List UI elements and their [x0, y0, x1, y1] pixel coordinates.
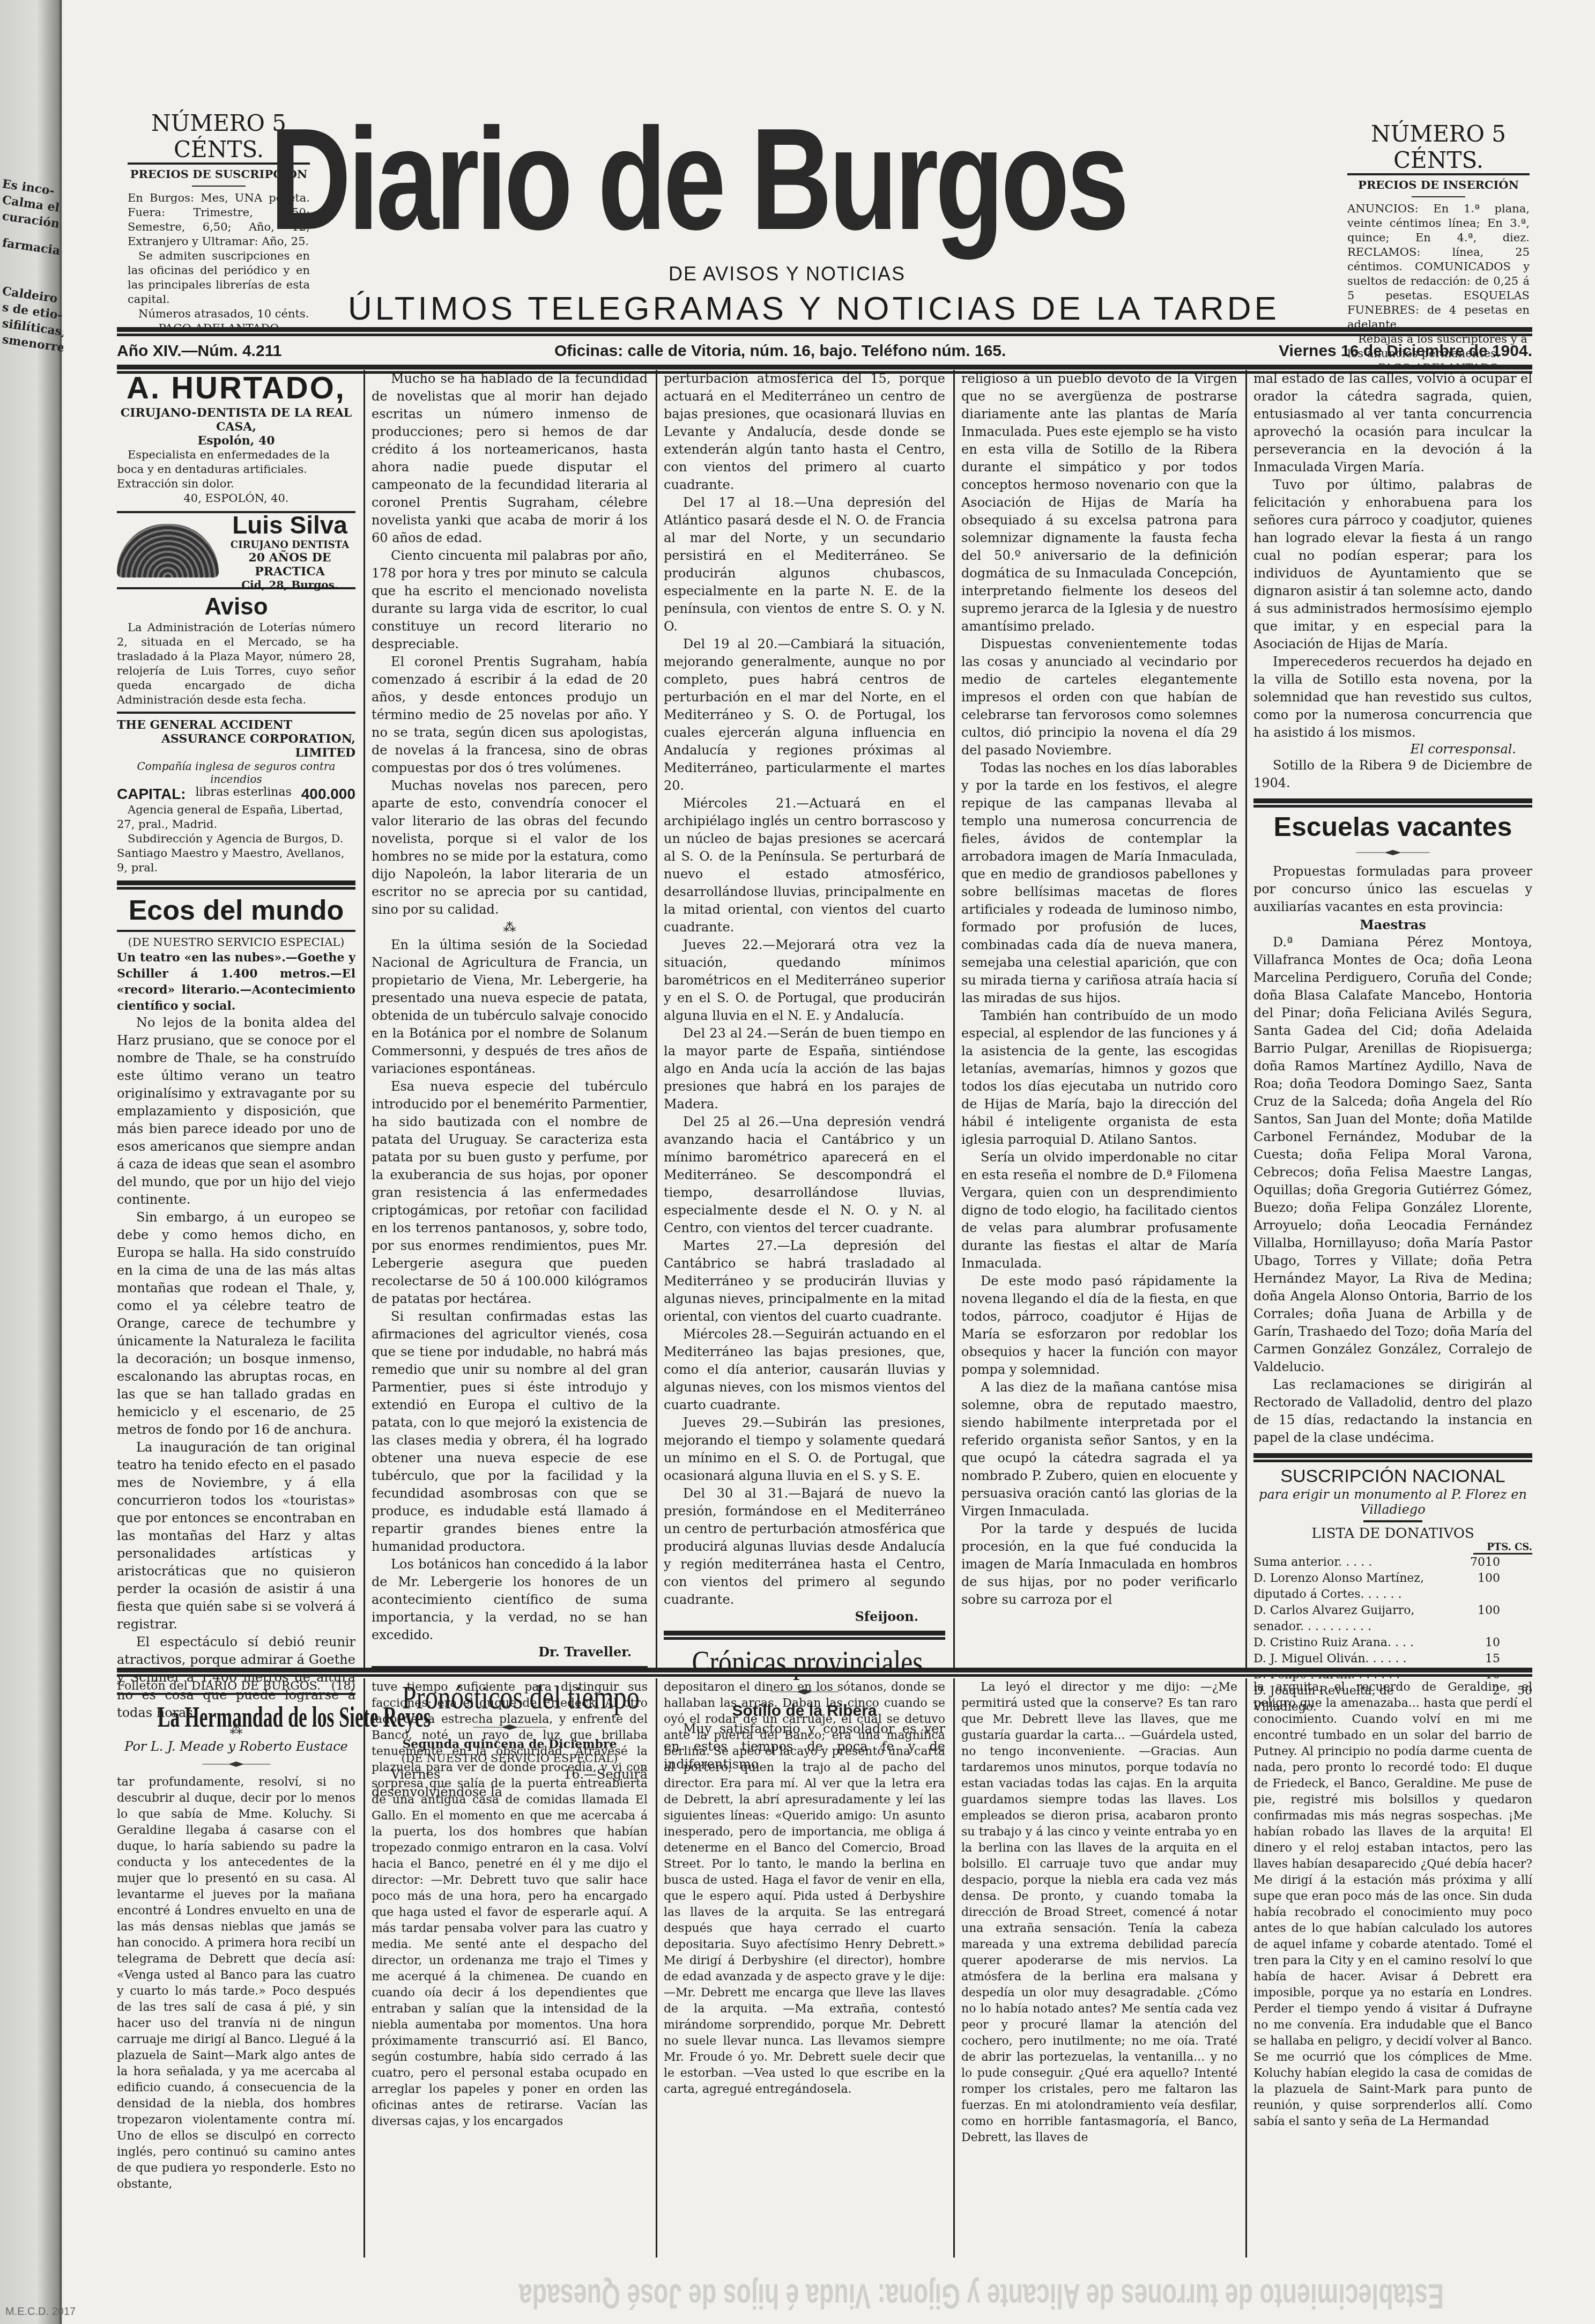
ecos-service: (DE NUESTRO SERVICIO ESPECIAL)	[117, 935, 355, 950]
folletin-text: tar profundamente, resolví, si no descub…	[117, 1774, 355, 2193]
folletin-divider	[117, 1668, 1532, 1674]
ad-hurtado-name: A. HURTADO,	[117, 370, 355, 406]
folletin-label: Folletón del DIARIO DE BURGOS.	[117, 1679, 321, 1693]
forecast-paragraph: Martes 27.—La depresión del Cantábrico s…	[664, 1237, 945, 1326]
forecast-paragraph: Jueves 29.—Subirán las presiones, mejora…	[664, 1414, 945, 1485]
spine-fragment: farmacia	[1, 236, 61, 258]
folletin-text: tuve tiempo suficiente para distinguir s…	[372, 1679, 648, 2130]
ad-silva-years: 20 AÑOS DE PRACTICA	[224, 551, 355, 579]
folletin-byline: Por L. J. Meade y Roberto Eustace	[117, 1739, 355, 1754]
escuelas-subheading: Maestras	[1253, 916, 1532, 934]
ecos-paragraph: Sin embargo, á un europeo se debe y como…	[117, 1209, 355, 1439]
ad-silva-title: CIRUJANO DENTISTA	[224, 539, 355, 551]
masthead-subtitle: DE AVISOS Y NOTICIAS	[599, 263, 975, 285]
donations-columns: PTS. CS.	[1473, 1542, 1532, 1555]
folletin-col-5: la arquita, el recuerdo de Geraldine, el…	[1253, 1679, 1532, 2130]
cronicas-paragraph: También han contribuído de un modo espec…	[961, 1007, 1237, 1149]
cronicas-paragraph: Por la tarde y después de lucida procesi…	[961, 1520, 1237, 1609]
ad-insurance-line2: ASSURANCE CORPORATION, LIMITED	[117, 732, 355, 760]
folletin-title: La Hermandad de los Siete Reyes	[158, 1700, 315, 1734]
ecos-paragraph: Muchas novelas nos parecen, pero aparte …	[372, 777, 648, 919]
forecast-paragraph: Del 17 al 18.—Una depresión del Atlántic…	[664, 494, 945, 635]
column-2: Mucho se ha hablado de la fecundidad de …	[372, 370, 648, 1801]
forecast-paragraph: perturbación atmosférica del 15, porque …	[664, 370, 945, 494]
issue-date: Viernes 16 de Diciembre de 1904.	[1279, 342, 1532, 360]
forecast-paragraph: Jueves 22.—Mejorará otra vez la situació…	[664, 936, 945, 1025]
cronicas-heading: Crónicas provinciales	[692, 1644, 917, 1682]
forecast-signature: Sfeijoon.	[664, 1609, 945, 1624]
folletin-col-2: tuve tiempo suficiente para distinguir s…	[372, 1679, 648, 2130]
folletin-col-1: Folletón del DIARIO DE BURGOS. (18) La H…	[117, 1679, 355, 2193]
forecast-paragraph: Miércoles 21.—Actuará en el archipiélago…	[664, 795, 945, 936]
folletin-text: La leyó el director y me dijo: —¿Me perm…	[961, 1679, 1237, 2146]
ad-aviso-heading: Aviso	[117, 594, 355, 620]
forecast-paragraph: Del 30 al 31.—Bajará de nuevo la presión…	[664, 1485, 945, 1609]
ecos-paragraph: Los botánicos han concedido á la labor d…	[372, 1556, 648, 1644]
cronicas-signature: El corresponsal.	[1253, 742, 1532, 757]
office-address: Oficinas: calle de Vitoria, núm. 16, baj…	[554, 342, 1006, 360]
folletin-number: (18)	[331, 1679, 355, 1693]
ad-hurtado-footer: 40, ESPOLÓN, 40.	[117, 491, 355, 506]
capital-value: 400.000	[301, 786, 355, 803]
folletin-col-3: depositaron el dinero en los sótanos, do…	[664, 1679, 945, 2098]
ad-insurance-agency: Agencia general de España, Libertad, 27,…	[117, 803, 355, 832]
insertion-heading: PRECIOS DE INSERCIÓN	[1347, 177, 1530, 192]
ad-insurance-line1: THE GENERAL ACCIDENT	[117, 718, 355, 732]
facing-page-spine: Es inco- Calma el curación farmacia Cald…	[0, 0, 62, 2324]
ad-silva-name: Luis Silva	[224, 510, 355, 539]
capital-text: libras esterlinas	[195, 786, 291, 803]
ecos-paragraph: La inauguración de tan original teatro h…	[117, 1439, 355, 1633]
insertion-prices: ANUNCIOS: En 1.ª plana, veinte céntimos …	[1347, 202, 1530, 332]
donation-row: D. Carlos Alvarez Guijarro, senador. . .…	[1253, 1603, 1532, 1635]
suscripcion-subheading: para erigir un monumento al P. Florez en…	[1253, 1487, 1532, 1517]
cronicas-dateline: Sotillo de la Ribera 9 de Diciembre de 1…	[1253, 757, 1532, 792]
donation-row: D. Cristino Ruiz Arana. . . .10	[1253, 1635, 1532, 1651]
ecos-paragraph: Si resultan confirmadas estas las afirma…	[372, 1308, 648, 1556]
forecast-paragraph: Del 19 al 20.—Cambiará la situación, mej…	[664, 635, 945, 795]
cronicas-paragraph: Todas las noches en los días laborables …	[961, 759, 1237, 1007]
folletin-text: la arquita, el recuerdo de Geraldine, el…	[1253, 1679, 1532, 2130]
price-right: NÚMERO 5 CÉNTS.	[1347, 121, 1530, 175]
ecos-paragraph: En la última sesión de la Sociedad Nacio…	[372, 936, 648, 1078]
ad-hurtado-address: Espolón, 40	[117, 434, 355, 448]
ecos-paragraph: El coronel Prentis Sugraham, había comen…	[372, 653, 648, 777]
ad-insurance-tagline: Compañía inglesa de seguros contra incen…	[117, 760, 355, 786]
ad-insurance-subagency: Subdirección y Agencia de Burgos, D. San…	[117, 832, 355, 875]
escuelas-closing: Las reclamaciones se dirigirán al Rector…	[1253, 1376, 1532, 1447]
ad-hurtado-body: Especialista en enfermedades de la boca …	[117, 448, 355, 491]
donation-row: Suma anterior. . . . .7010	[1253, 1555, 1532, 1571]
donation-row: D. J. Miguel Oliván. . . . . .15	[1253, 1651, 1532, 1667]
cronicas-paragraph: Dispuestas convenientemente todas las co…	[961, 635, 1237, 759]
cronicas-paragraph: Imperecederos recuerdos ha dejado en la …	[1253, 653, 1532, 742]
folletin-col-4: La leyó el director y me dijo: —¿Me perm…	[961, 1679, 1237, 2146]
column-5: mal estado de las calles, volvió á ocupa…	[1253, 370, 1532, 1715]
escuelas-list: D.ª Damiana Pérez Montoya, Villafranca M…	[1253, 934, 1532, 1376]
column-4: religioso á un pueblo devoto de la Virge…	[961, 370, 1237, 1609]
donation-row: D. Lorenzo Alonso Martínez, diputado á C…	[1253, 1571, 1532, 1603]
escuelas-intro: Propuestas formuladas para proveer por c…	[1253, 863, 1532, 916]
cronicas-paragraph: mal estado de las calles, volvió á ocupa…	[1253, 370, 1532, 476]
ecos-paragraph: Ciento cincuenta mil palabras por año, 1…	[372, 547, 648, 653]
ecos-heading: Ecos del mundo	[117, 894, 355, 927]
ecos-summary: Un teatro «en las nubes».—Goethe y Schil…	[117, 950, 355, 1014]
cronicas-paragraph: religioso á un pueblo devoto de la Virge…	[961, 370, 1237, 635]
cronicas-paragraph: Tuvo por último, palabras de felicitació…	[1253, 476, 1532, 653]
back-issues-price: Números atrasados, 10 cénts.	[128, 307, 310, 321]
ecos-paragraph: Mucho se ha hablado de la fecundidad de …	[372, 370, 648, 547]
column-3: perturbación atmosférica del 15, porque …	[664, 370, 945, 1773]
forecast-paragraph: Miércoles 28.—Seguirán actuando en el Me…	[664, 1326, 945, 1414]
ecos-signature: Dr. Traveller.	[372, 1644, 648, 1660]
forecast-paragraph: Del 25 al 26.—Una depresión vendrá avanz…	[664, 1113, 945, 1237]
donations-title: LISTA DE DONATIVOS	[1253, 1526, 1532, 1542]
archive-watermark: M.E.C.D. 2017	[5, 2306, 76, 2318]
escuelas-heading: Escuelas vacantes	[1253, 811, 1532, 842]
cronicas-paragraph: Sería un olvido imperdonable no citar en…	[961, 1149, 1237, 1272]
ad-silva-address: Cid, 28, Burgos.	[224, 579, 355, 591]
masthead-tagline: ÚLTIMOS TELEGRAMAS Y NOTICIAS DE LA TARD…	[331, 290, 1296, 328]
cronicas-paragraph: A las diez de la mañana cantóse misa sol…	[961, 1379, 1237, 1520]
date-bar: Año XIV.—Núm. 4.211 Oficinas: calle de V…	[117, 327, 1532, 371]
masthead-title: Diario de Burgos	[270, 115, 1126, 244]
ecos-paragraph: Esa nueva especie del tubérculo introduc…	[372, 1078, 648, 1308]
forecast-paragraph: Del 23 al 24.—Serán de buen tiempo en la…	[664, 1025, 945, 1113]
column-1: A. HURTADO, CIRUJANO-DENTISTA DE LA REAL…	[117, 370, 355, 1737]
ad-aviso-body: La Administración de Loterías número 2, …	[117, 620, 355, 707]
capital-label: CAPITAL:	[117, 786, 186, 803]
ecos-paragraph: No lejos de la bonita aldea del Harz pru…	[117, 1014, 355, 1209]
issue-number: Año XIV.—Núm. 4.211	[117, 342, 281, 360]
ad-silva: Luis Silva CIRUJANO DENTISTA 20 AÑOS DE …	[117, 519, 355, 583]
denture-illustration	[117, 524, 219, 578]
folletin-text: depositaron el dinero en los sótanos, do…	[664, 1679, 945, 2098]
cronicas-paragraph: De este modo pasó rápidamente la novena …	[961, 1272, 1237, 1379]
suscripcion-heading: SUSCRIPCIÓN NACIONAL	[1253, 1466, 1532, 1487]
bleed-through-text: Establecimiento de turrones de Alicante …	[519, 2276, 1444, 2316]
ad-hurtado-title: CIRUJANO-DENTISTA DE LA REAL CASA,	[117, 406, 355, 434]
newspaper-page: NÚMERO 5 CÉNTS. PRECIOS DE SUSCRIPCIÓN E…	[63, 0, 1595, 2324]
